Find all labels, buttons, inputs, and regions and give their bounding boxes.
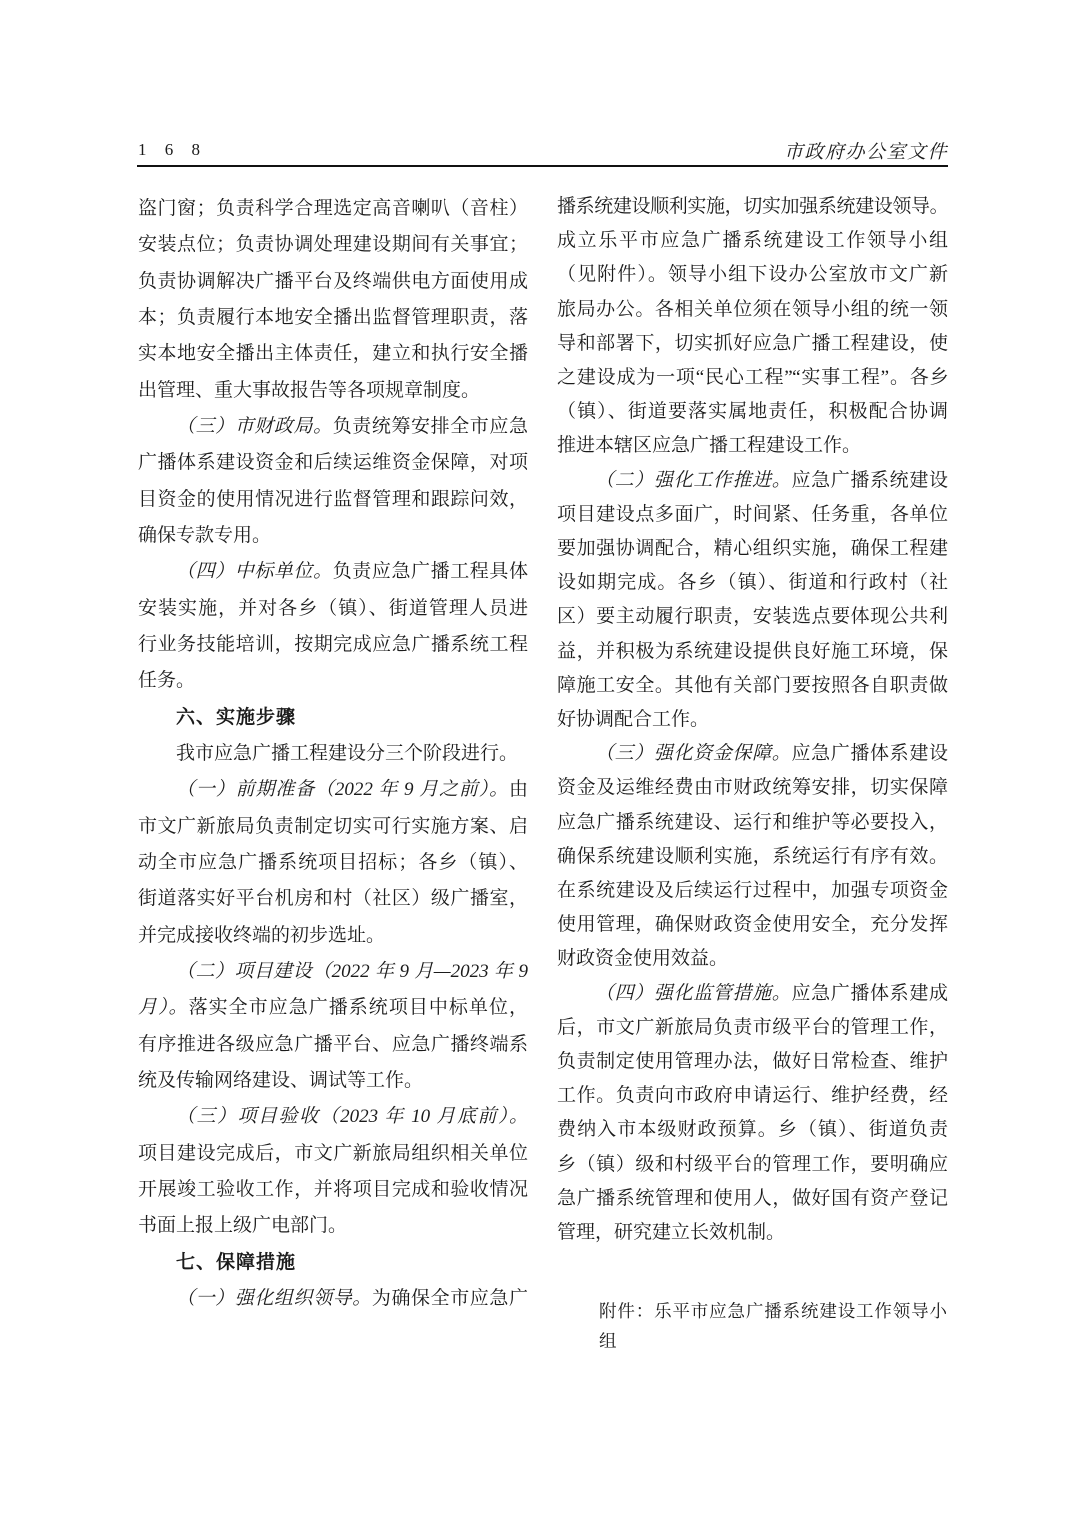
body-text: 障施工安全。其他有关部门要按照各自职责做 <box>557 675 948 696</box>
body-text: 六、实施步骤 <box>176 707 296 728</box>
text-line: 旅局办公。各相关单位须在领导小组的统一领 <box>557 293 948 327</box>
text-line: 后，市文广新旅局负责市级平台的管理工作， <box>557 1011 948 1045</box>
body-text: 并完成接收终端的初步选址。 <box>138 925 385 946</box>
text-line: 乡（镇）级和村级平台的管理工作，要明确应 <box>557 1148 948 1182</box>
body-text: 落实全市应急广播系统项目中标单位， <box>189 997 528 1018</box>
kai-emphasis-text: （二）强化工作推进。 <box>595 470 791 491</box>
body-text: 项目建设点多面广，时间紧、任务重，各单位 <box>557 504 948 525</box>
text-line: （一）前期准备（2022 年 9 月之前）。由 <box>138 772 528 808</box>
body-text: 后，市文广新旅局负责市级平台的管理工作， <box>557 1017 948 1038</box>
text-line: 并完成接收终端的初步选址。 <box>138 918 528 954</box>
body-text: 有序推进各级应急广播平台、应急广播终端系 <box>138 1034 528 1055</box>
text-line: 资金及运维经费由市财政统筹安排，切实保障 <box>557 771 948 805</box>
text-line: 实本地安全播出主体责任，建立和执行安全播 <box>138 336 528 372</box>
body-text: 乡（镇）级和村级平台的管理工作，要明确应 <box>557 1154 948 1175</box>
kai-emphasis-text: 月）。 <box>138 997 189 1018</box>
text-line: （镇）、街道要落实属地责任，积极配合协调 <box>557 395 948 429</box>
text-line: 开展竣工验收工作，并将项目完成和验收情况 <box>138 1172 528 1208</box>
text-line: 区）要主动履行职责，安装选点要体现公共利 <box>557 600 948 634</box>
body-text: 资金及运维经费由市财政统筹安排，切实保障 <box>557 777 948 798</box>
body-text: 统及传输网络建设、调试等工作。 <box>138 1070 423 1091</box>
text-line: 出管理、重大事故报告等各项规章制度。 <box>138 373 528 409</box>
text-line: （二）强化工作推进。应急广播系统建设 <box>557 464 948 498</box>
body-text: 好协调配合工作。 <box>557 709 709 730</box>
kai-emphasis-text: （四）强化监管措施。 <box>595 983 791 1004</box>
body-text: 市文广新旅局负责制定切实可行实施方案、启 <box>138 816 528 837</box>
body-text: 费纳入市本级财政预算。乡（镇）、街道负责 <box>557 1119 948 1140</box>
text-line: 之建设成为一项“民心工程”“实事工程”。各乡 <box>557 361 948 395</box>
body-text: 使用管理，确保财政资金使用安全，充分发挥 <box>557 914 948 935</box>
body-text: 应急广播体系建设 <box>791 743 948 764</box>
text-line: 益，并积极为系统建设提供良好施工环境，保 <box>557 635 948 669</box>
body-text: 安装点位；负责协调处理建设期间有关事宜； <box>138 234 528 255</box>
text-line: 确保专款专用。 <box>138 518 528 554</box>
body-text: 旅局办公。各相关单位须在领导小组的统一领 <box>557 299 948 320</box>
body-text: 财政资金使用效益。 <box>557 948 728 969</box>
document-type-label: 市政府办公室文件 <box>784 137 948 164</box>
text-line: （二）项目建设（2022 年 9 月—2023 年 9 <box>138 954 528 990</box>
body-text: 广播体系建设资金和后续运维资金保障，对项 <box>138 452 528 473</box>
kai-emphasis-text: （三）市财政局。 <box>176 416 333 437</box>
body-text: 播系统建设顺利实施，切实加强系统建设领导。 <box>557 196 948 217</box>
text-line: 管理，研究建立长效机制。 <box>557 1216 948 1250</box>
text-line: 月）。落实全市应急广播系统项目中标单位， <box>138 990 528 1026</box>
body-text: 由 <box>509 779 528 800</box>
text-line: 负责制定使用管理办法，做好日常检查、维护 <box>557 1045 948 1079</box>
text-line: 市文广新旅局负责制定切实可行实施方案、启 <box>138 809 528 845</box>
right-column: 播系统建设顺利实施，切实加强系统建设领导。成立乐平市应急广播系统建设工作领导小组… <box>557 190 948 1250</box>
text-line: 我市应急广播工程建设分三个阶段进行。 <box>138 736 528 772</box>
text-line: 负责协调解决广播平台及终端供电方面使用成 <box>138 264 528 300</box>
kai-emphasis-text: （三）项目验收（2023 年 10 月底前）。 <box>176 1106 528 1127</box>
kai-emphasis-text: （一）前期准备（2022 年 9 月之前）。 <box>176 779 509 800</box>
body-text: 项目建设完成后，市文广新旅局组织相关单位 <box>138 1143 528 1164</box>
document-page: 1 6 8 市政府办公室文件 盗门窗；负责科学合理选定高音喇叭（音柱）安装点位；… <box>0 0 1074 1520</box>
body-text: 要加强协调配合，精心组织实施，确保工程建 <box>557 538 948 559</box>
text-line: 广播体系建设资金和后续运维资金保障，对项 <box>138 445 528 481</box>
body-text: 成立乐平市应急广播系统建设工作领导小组 <box>557 230 948 251</box>
kai-emphasis-text: （一）强化组织领导。 <box>176 1288 372 1309</box>
body-text: 本；负责履行本地安全播出监督管理职责，落 <box>138 307 528 328</box>
body-text: 应急广播系统建设 <box>791 470 948 491</box>
body-text: 七、保障措施 <box>176 1252 296 1273</box>
body-text: 管理，研究建立长效机制。 <box>557 1222 785 1243</box>
text-line: 任务。 <box>138 663 528 699</box>
body-text: 负责协调解决广播平台及终端供电方面使用成 <box>138 271 528 292</box>
text-line: 确保系统建设顺利实施，系统运行有序有效。 <box>557 840 948 874</box>
text-line: 在系统建设及后续运行过程中，加强专项资金 <box>557 874 948 908</box>
text-line: 播系统建设顺利实施，切实加强系统建设领导。 <box>557 190 948 224</box>
text-line: 有序推进各级应急广播平台、应急广播终端系 <box>138 1027 528 1063</box>
text-line: 推进本辖区应急广播工程建设工作。 <box>557 429 948 463</box>
text-line: 动全市应急广播系统项目招标；各乡（镇）、 <box>138 845 528 881</box>
text-line: 应急广播系统建设、运行和维护等必要投入， <box>557 806 948 840</box>
text-line: （见附件）。领导小组下设办公室放市文广新 <box>557 258 948 292</box>
text-line: 统及传输网络建设、调试等工作。 <box>138 1063 528 1099</box>
text-line: （一）强化组织领导。为确保全市应急广 <box>138 1281 528 1317</box>
text-line: 书面上报上级广电部门。 <box>138 1208 528 1244</box>
text-line: 街道落实好平台机房和村（社区）级广播室， <box>138 881 528 917</box>
text-line: 本；负责履行本地安全播出监督管理职责，落 <box>138 300 528 336</box>
body-text: 实本地安全播出主体责任，建立和执行安全播 <box>138 343 528 364</box>
text-line: 导和部署下，切实抓好应急广播工程建设，使 <box>557 327 948 361</box>
body-text: 推进本辖区应急广播工程建设工作。 <box>557 435 861 456</box>
text-line: 行业务技能培训，按期完成应急广播系统工程 <box>138 627 528 663</box>
body-text: 负责应急广播工程具体 <box>333 561 528 582</box>
body-text: 我市应急广播工程建设分三个阶段进行。 <box>176 743 518 764</box>
body-text: 之建设成为一项“民心工程”“实事工程”。各乡 <box>557 367 948 388</box>
body-text: （镇）、街道要落实属地责任，积极配合协调 <box>557 401 948 422</box>
text-line: （三）强化资金保障。应急广播体系建设 <box>557 737 948 771</box>
body-text: 动全市应急广播系统项目招标；各乡（镇）、 <box>138 852 528 873</box>
text-line: 使用管理，确保财政资金使用安全，充分发挥 <box>557 908 948 942</box>
body-text: 行业务技能培训，按期完成应急广播系统工程 <box>138 634 528 655</box>
kai-emphasis-text: （二）项目建设（2022 年 9 月—2023 年 9 <box>176 961 528 982</box>
body-text: （见附件）。领导小组下设办公室放市文广新 <box>557 264 948 285</box>
body-text: 负责制定使用管理办法，做好日常检查、维护 <box>557 1051 948 1072</box>
body-text: 安装实施，并对各乡（镇）、街道管理人员进 <box>138 598 528 619</box>
body-text: 确保专款专用。 <box>138 525 271 546</box>
body-text: 任务。 <box>138 670 195 691</box>
text-line: 急广播系统管理和使用人，做好国有资产登记 <box>557 1182 948 1216</box>
body-text: 为确保全市应急广 <box>372 1288 528 1309</box>
body-text: 书面上报上级广电部门。 <box>138 1215 347 1236</box>
text-line: 好协调配合工作。 <box>557 703 948 737</box>
header-rule <box>137 165 948 167</box>
text-line: （三）项目验收（2023 年 10 月底前）。 <box>138 1099 528 1135</box>
body-text: 确保系统建设顺利实施，系统运行有序有效。 <box>557 846 948 867</box>
body-text: 街道落实好平台机房和村（社区）级广播室， <box>138 888 528 909</box>
body-text: 应急广播体系建成 <box>791 983 948 1004</box>
body-text: 设如期完成。各乡（镇）、街道和行政村（社 <box>557 572 948 593</box>
body-text: 工作。负责向市政府申请运行、维护经费，经 <box>557 1085 948 1106</box>
text-line: 设如期完成。各乡（镇）、街道和行政村（社 <box>557 566 948 600</box>
body-text: 盗门窗；负责科学合理选定高音喇叭（音柱） <box>138 198 528 219</box>
body-text: 导和部署下，切实抓好应急广播工程建设，使 <box>557 333 948 354</box>
text-line: 要加强协调配合，精心组织实施，确保工程建 <box>557 532 948 566</box>
text-line: 项目建设完成后，市文广新旅局组织相关单位 <box>138 1136 528 1172</box>
attachment-note: 附件：乐平市应急广播系统建设工作领导小组 <box>599 1296 947 1356</box>
body-text: 负责统筹安排全市应急 <box>333 416 528 437</box>
text-line: 安装实施，并对各乡（镇）、街道管理人员进 <box>138 591 528 627</box>
text-line: 盗门窗；负责科学合理选定高音喇叭（音柱） <box>138 191 528 227</box>
body-text: 急广播系统管理和使用人，做好国有资产登记 <box>557 1188 948 1209</box>
text-line: 目资金的使用情况进行监督管理和跟踪问效， <box>138 482 528 518</box>
body-text: 出管理、重大事故报告等各项规章制度。 <box>138 380 480 401</box>
section-heading: 七、保障措施 <box>138 1245 528 1281</box>
body-text: 开展竣工验收工作，并将项目完成和验收情况 <box>138 1179 528 1200</box>
kai-emphasis-text: （四）中标单位。 <box>176 561 333 582</box>
text-line: （三）市财政局。负责统筹安排全市应急 <box>138 409 528 445</box>
text-line: 项目建设点多面广，时间紧、任务重，各单位 <box>557 498 948 532</box>
text-line: （四）强化监管措施。应急广播体系建成 <box>557 977 948 1011</box>
section-heading: 六、实施步骤 <box>138 700 528 736</box>
text-line: （四）中标单位。负责应急广播工程具体 <box>138 554 528 590</box>
text-line: 费纳入市本级财政预算。乡（镇）、街道负责 <box>557 1113 948 1147</box>
text-line: 安装点位；负责协调处理建设期间有关事宜； <box>138 227 528 263</box>
text-line: 财政资金使用效益。 <box>557 942 948 976</box>
text-line: 成立乐平市应急广播系统建设工作领导小组 <box>557 224 948 258</box>
body-text: 在系统建设及后续运行过程中，加强专项资金 <box>557 880 948 901</box>
page-number: 1 6 8 <box>138 140 207 160</box>
body-text: 益，并积极为系统建设提供良好施工环境，保 <box>557 641 948 662</box>
kai-emphasis-text: （三）强化资金保障。 <box>595 743 791 764</box>
text-line: 障施工安全。其他有关部门要按照各自职责做 <box>557 669 948 703</box>
body-text: 应急广播系统建设、运行和维护等必要投入， <box>557 812 948 833</box>
body-text: 区）要主动履行职责，安装选点要体现公共利 <box>557 606 948 627</box>
left-column: 盗门窗；负责科学合理选定高音喇叭（音柱）安装点位；负责协调处理建设期间有关事宜；… <box>138 191 528 1317</box>
text-line: 工作。负责向市政府申请运行、维护经费，经 <box>557 1079 948 1113</box>
body-text: 目资金的使用情况进行监督管理和跟踪问效， <box>138 489 528 510</box>
